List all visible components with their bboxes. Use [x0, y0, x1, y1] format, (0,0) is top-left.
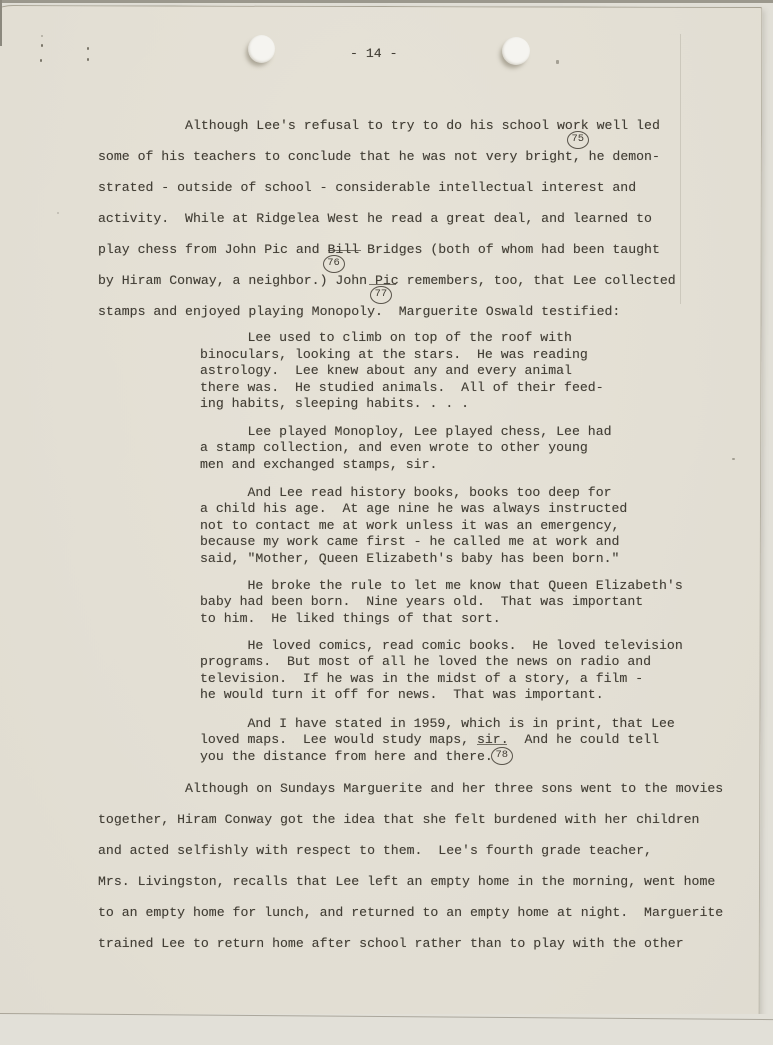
testimony-quote-3: And Lee read history books, books too de… [200, 485, 738, 568]
ink-speck [41, 35, 43, 37]
testimony-quote-4: He broke the rule to let me know that Qu… [200, 578, 738, 628]
ink-speck [732, 458, 735, 460]
underline-mark-sir [477, 744, 507, 745]
scan-background: - 14 - Although Lee's refusal to try to … [0, 0, 773, 1045]
testimony-quote-6: And I have stated in 1959, which is in p… [200, 716, 738, 766]
footnote-circle: 76 [323, 255, 345, 273]
testimony-quote-5: He loved comics, read comic books. He lo… [200, 638, 738, 704]
page-content: Although Lee's refusal to try to do his … [98, 110, 738, 959]
paragraph-intro: Although Lee's refusal to try to do his … [98, 110, 738, 327]
footnote-circle: 78 [491, 747, 513, 765]
ink-speck [556, 60, 559, 64]
ink-speck [41, 44, 43, 47]
ink-speck [87, 47, 89, 50]
ink-speck [57, 212, 59, 214]
underline-mark-bill [328, 250, 361, 251]
underline-mark-pic [369, 284, 396, 285]
scan-edge-sliver [0, 0, 2, 46]
paragraph-closing: Although on Sundays Marguerite and her t… [98, 773, 738, 959]
footnote-circle: 77 [370, 286, 392, 304]
footnote-circle: 75 [567, 131, 589, 149]
scan-edge-line [0, 0, 773, 3]
punch-hole-right [502, 37, 530, 65]
ink-speck [87, 58, 89, 61]
page-number: - 14 - [350, 46, 397, 62]
testimony-quote-1: Lee used to climb on top of the roof wit… [200, 330, 738, 413]
testimony-quote-2: Lee played Monoploy, Lee played chess, L… [200, 424, 738, 474]
ink-speck [40, 59, 42, 62]
punch-hole-left [248, 35, 275, 63]
